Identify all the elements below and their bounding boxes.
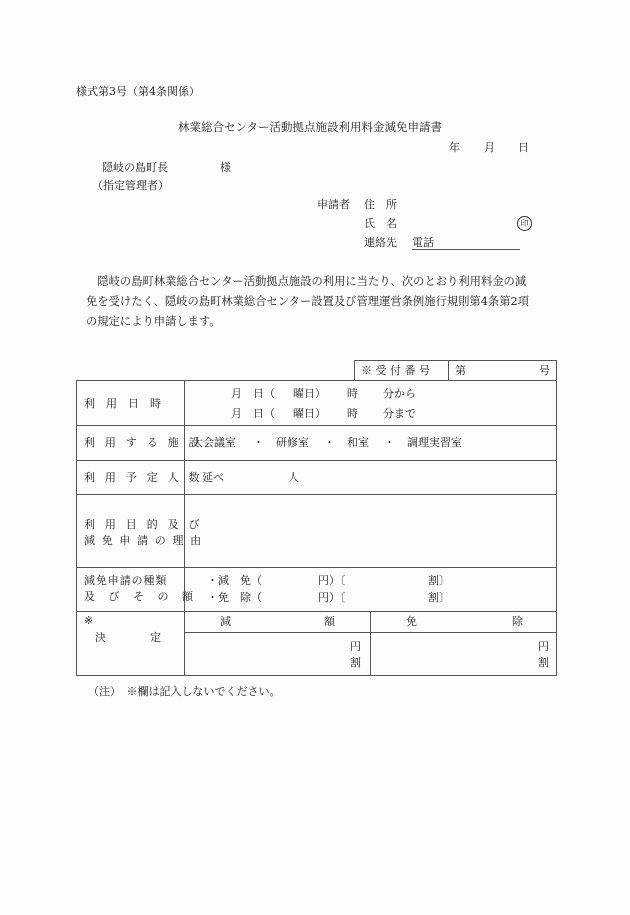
reduction-type-label-line2: 及 び そ の 額 — [84, 591, 198, 602]
decision-col1-rate: 割 — [350, 657, 361, 668]
date-month-label: 月 — [484, 142, 495, 153]
attendees-prefix: 延べ — [202, 472, 224, 483]
receipt-number-label: ※ 受 付 番 号 — [361, 365, 430, 376]
body-line-1: 隠岐の島町林業総合センター活動拠点施設の利用に当たり、次のとおり利用料金の減 — [86, 272, 529, 292]
applicant-label: 申請者 — [317, 199, 350, 210]
purpose-label-line1: 利 用 目 的 及 び — [84, 519, 203, 530]
facilities-label: 利 用 す る 施 設 — [84, 437, 203, 448]
seal-icon: 印 — [517, 216, 532, 231]
reduction-row-rate: 割〕 — [428, 575, 450, 586]
date-day-label: 日 — [518, 142, 529, 153]
addressee-name: 隠岐の島町長 — [102, 162, 168, 173]
address-label: 住 所 — [364, 199, 397, 210]
facility-separator: ・ — [253, 437, 264, 448]
usage-datetime-field[interactable] — [186, 382, 555, 424]
decision-col2-yen: 円 — [538, 641, 549, 652]
attendees-count-field[interactable] — [228, 464, 284, 490]
attendees-label: 利 用 予 定 人 数 — [84, 472, 203, 483]
facility-option-large-hall[interactable]: 大会議室 — [192, 437, 236, 448]
receipt-number-prefix: 第 — [455, 365, 466, 376]
facility-option-cooking-room[interactable]: 調理実習室 — [407, 437, 462, 448]
facility-option-training-room[interactable]: 研修室 — [276, 437, 309, 448]
body-line-2: 免を受けたく、隠岐の島町林業総合センター設置及び管理運営条例施行規則第4条第2項 — [86, 292, 529, 312]
name-label: 氏 名 — [364, 218, 397, 229]
purpose-field[interactable] — [186, 496, 555, 566]
facility-option-japanese-room[interactable]: 和室 — [347, 437, 369, 448]
decision-col2-rate: 割 — [538, 657, 549, 668]
date-year-label: 年 — [449, 142, 460, 153]
footnote: （注） ※欄は記入しないでください。 — [88, 686, 281, 697]
facility-separator: ・ — [384, 437, 395, 448]
exemption-row-type[interactable]: ・免 除（ — [207, 592, 262, 603]
phone-underline[interactable] — [412, 249, 520, 250]
decision-col2-header-2: 除 — [512, 616, 523, 627]
exemption-row-rate: 割〕 — [428, 592, 450, 603]
decision-col1-header-2: 額 — [324, 616, 335, 627]
body-line-3: の規定により申請します。 — [86, 312, 529, 332]
receipt-number-suffix: 号 — [539, 365, 550, 376]
receipt-number-field[interactable] — [470, 362, 535, 378]
contact-label: 連絡先 — [364, 237, 397, 248]
decision-col1-yen: 円 — [350, 641, 361, 652]
document-title: 林業総合センター活動拠点施設利用料金減免申請書 — [178, 122, 442, 134]
decision-label: 決 定 — [95, 632, 161, 643]
form-number: 様式第3号（第4条関係） — [76, 86, 200, 97]
decision-mark: ※ — [84, 615, 93, 626]
addressee-sub: （指定管理者） — [92, 180, 169, 191]
addressee-honorific: 様 — [220, 162, 231, 173]
reduction-row-type[interactable]: ・減 免（ — [207, 575, 262, 586]
body-paragraph: 隠岐の島町林業総合センター活動拠点施設の利用に当たり、次のとおり利用料金の減 免… — [86, 272, 529, 332]
decision-col2-header-1: 免 — [406, 616, 417, 627]
attendees-unit: 人 — [288, 472, 299, 483]
decision-col1-header-1: 減 — [220, 616, 231, 627]
reduction-row-yen: 円）〔 — [318, 575, 346, 586]
purpose-label-line2: 減 免 申 請 の 理 由 — [84, 535, 203, 546]
facility-separator: ・ — [324, 437, 335, 448]
phone-label: 電話 — [412, 237, 434, 248]
reduction-type-label-line1: 減免申請の種類 — [84, 575, 167, 586]
usage-datetime-label: 利 用 日 時 — [84, 398, 176, 409]
exemption-row-yen: 円）〔 — [318, 592, 346, 603]
